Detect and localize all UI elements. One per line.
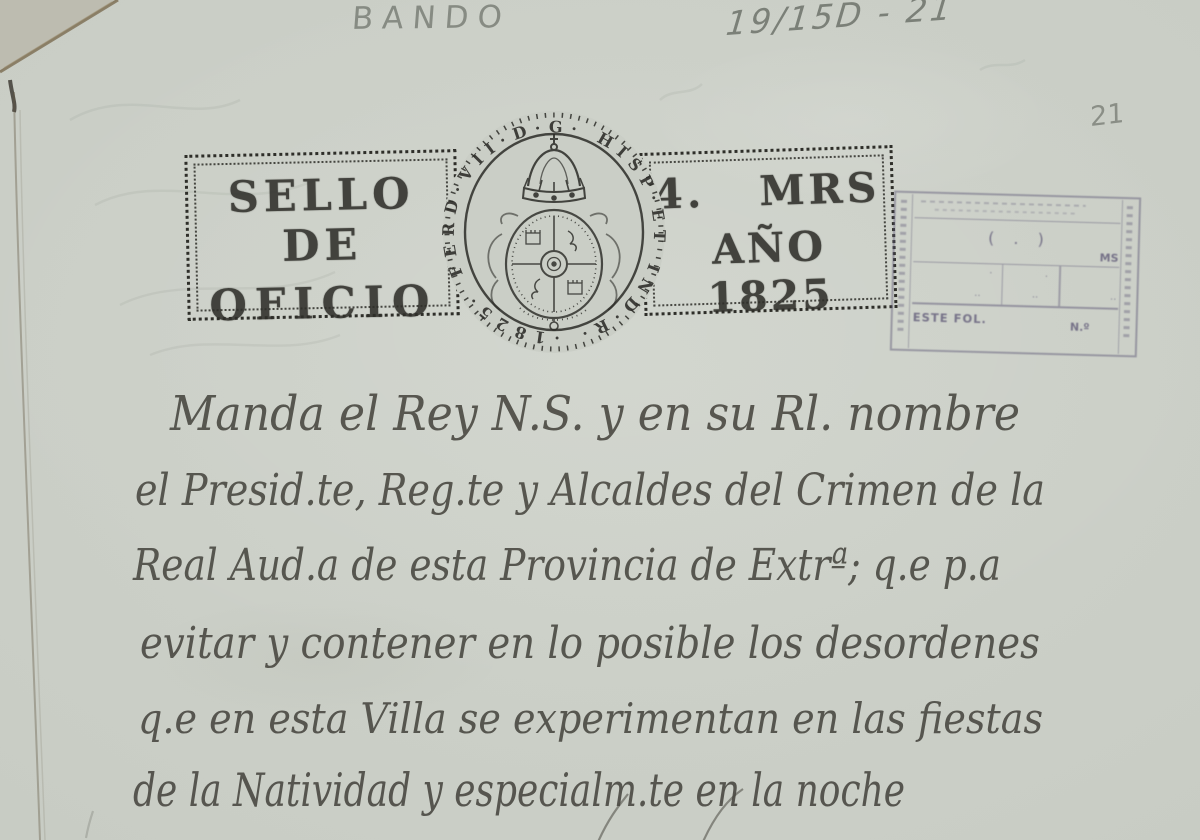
manuscript-line-3: Real Aud.a de esta Provincia de Extrª; q… xyxy=(132,540,1001,591)
manuscript-line-1: Manda el Rey N.S. y en su Rl. nombre xyxy=(169,386,1020,442)
manuscript-text: Manda el Rey N.S. y en su Rl. nombre el … xyxy=(0,0,1200,840)
manuscript-line-4: evitar y contener en lo posible los deso… xyxy=(140,618,1040,669)
document-page: BANDO 19/15D - 21 21 SELLO DE OFICIO 4. … xyxy=(0,0,1200,840)
manuscript-line-6: de la Natividad y especialm.te en la noc… xyxy=(133,763,905,817)
manuscript-line-5: q.e en esta Villa se experimentan en las… xyxy=(138,694,1043,743)
manuscript-line-2: el Presid.te, Reg.te y Alcaldes del Crim… xyxy=(135,465,1045,516)
